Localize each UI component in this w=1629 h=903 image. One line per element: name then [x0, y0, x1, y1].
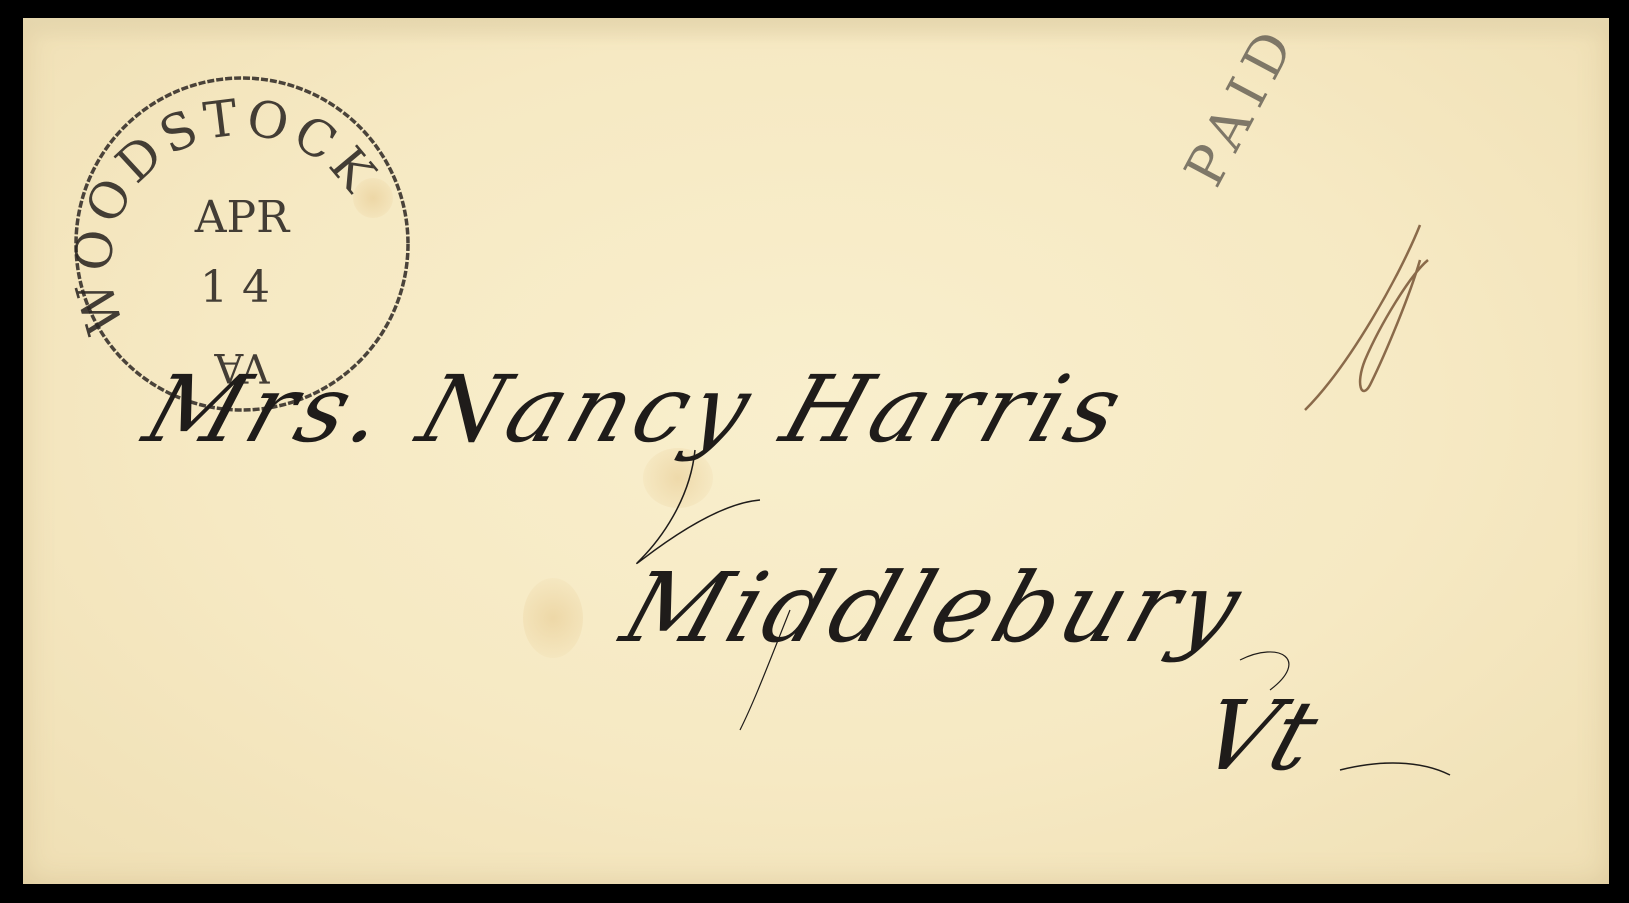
paper-stain	[523, 578, 583, 658]
postmark-month: APR	[194, 192, 291, 243]
manuscript-rate-10	[1290, 215, 1450, 425]
address-recipient: Mrs. Nancy Harris	[133, 356, 1141, 463]
postmark-day: 14	[200, 262, 284, 313]
address-town: Middlebury	[610, 552, 1259, 664]
